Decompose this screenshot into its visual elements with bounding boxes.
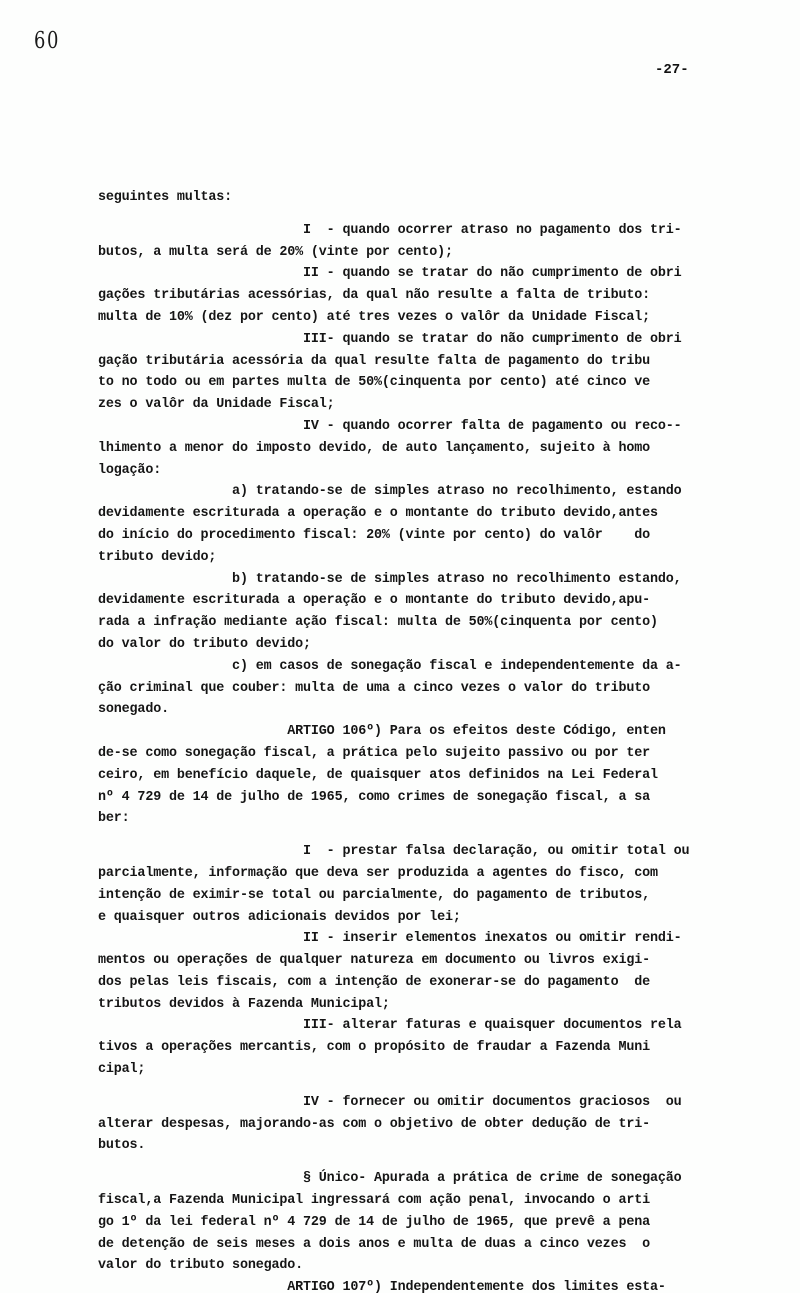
paragraph-gap — [98, 1081, 758, 1092]
document-body: seguintes multas: I - quando ocorrer atr… — [98, 187, 758, 1293]
text-line: de detenção de seis meses a dois anos e … — [98, 1234, 758, 1256]
text-line: tivos a operações mercantis, com o propó… — [98, 1037, 758, 1059]
text-line: II - inserir elementos inexatos ou omiti… — [98, 928, 758, 950]
text-line: to no todo ou em partes multa de 50%(cin… — [98, 372, 758, 394]
text-line: intenção de eximir-se total ou parcialme… — [98, 885, 758, 907]
text-line: c) em casos de sonegação fiscal e indepe… — [98, 656, 758, 678]
text-line: seguintes multas: — [98, 187, 758, 209]
paragraph-gap — [98, 1157, 758, 1168]
text-line: do início do procedimento fiscal: 20% (v… — [98, 525, 758, 547]
text-line: ARTIGO 106º) Para os efeitos deste Códig… — [98, 721, 758, 743]
text-line: gação tributária acessória da qual resul… — [98, 351, 758, 373]
text-line: parcialmente, informação que deva ser pr… — [98, 863, 758, 885]
text-line: rada a infração mediante ação fiscal: mu… — [98, 612, 758, 634]
paragraph-gap — [98, 209, 758, 220]
paragraph-gap — [98, 830, 758, 841]
text-line: do valor do tributo devido; — [98, 634, 758, 656]
text-line: gações tributárias acessórias, da qual n… — [98, 285, 758, 307]
text-line: ção criminal que couber: multa de uma a … — [98, 678, 758, 700]
text-line: logação: — [98, 460, 758, 482]
text-line: cipal; — [98, 1059, 758, 1081]
folio-number: -27- — [655, 62, 689, 78]
text-line: fiscal,a Fazenda Municipal ingressará co… — [98, 1190, 758, 1212]
text-line: § Único- Apurada a prática de crime de s… — [98, 1168, 758, 1190]
text-line: III- quando se tratar do não cumprimento… — [98, 329, 758, 351]
text-line: lhimento a menor do imposto devido, de a… — [98, 438, 758, 460]
text-line: dos pelas leis fiscais, com a intenção d… — [98, 972, 758, 994]
text-line: IV - quando ocorrer falta de pagamento o… — [98, 416, 758, 438]
text-line: III- alterar faturas e quaisquer documen… — [98, 1015, 758, 1037]
text-line: tributos devidos à Fazenda Municipal; — [98, 994, 758, 1016]
text-line: butos. — [98, 1135, 758, 1157]
text-line: butos, a multa será de 20% (vinte por ce… — [98, 242, 758, 264]
text-line: I - quando ocorrer atraso no pagamento d… — [98, 220, 758, 242]
text-line: devidamente escriturada a operação e o m… — [98, 503, 758, 525]
text-line: nº 4 729 de 14 de julho de 1965, como cr… — [98, 787, 758, 809]
text-line: multa de 10% (dez por cento) até tres ve… — [98, 307, 758, 329]
text-line: IV - fornecer ou omitir documentos graci… — [98, 1092, 758, 1114]
text-line: a) tratando-se de simples atraso no reco… — [98, 481, 758, 503]
text-line: ceiro, em benefício daquele, de quaisque… — [98, 765, 758, 787]
text-line: ARTIGO 107º) Independentemente dos limit… — [98, 1277, 758, 1293]
text-line: zes o valôr da Unidade Fiscal; — [98, 394, 758, 416]
text-line: alterar despesas, majorando-as com o obj… — [98, 1114, 758, 1136]
text-line: sonegado. — [98, 699, 758, 721]
page-number: 60 — [34, 28, 60, 54]
text-line: de-se como sonegação fiscal, a prática p… — [98, 743, 758, 765]
text-line: mentos ou operações de qualquer natureza… — [98, 950, 758, 972]
text-line: ber: — [98, 808, 758, 830]
text-line: b) tratando-se de simples atraso no reco… — [98, 569, 758, 591]
text-line: e quaisquer outros adicionais devidos po… — [98, 907, 758, 929]
text-line: go 1º da lei federal nº 4 729 de 14 de j… — [98, 1212, 758, 1234]
text-line: valor do tributo sonegado. — [98, 1255, 758, 1277]
text-line: II - quando se tratar do não cumprimento… — [98, 263, 758, 285]
text-line: tributo devido; — [98, 547, 758, 569]
text-line: I - prestar falsa declaração, ou omitir … — [98, 841, 758, 863]
text-line: devidamente escriturada a operação e o m… — [98, 590, 758, 612]
